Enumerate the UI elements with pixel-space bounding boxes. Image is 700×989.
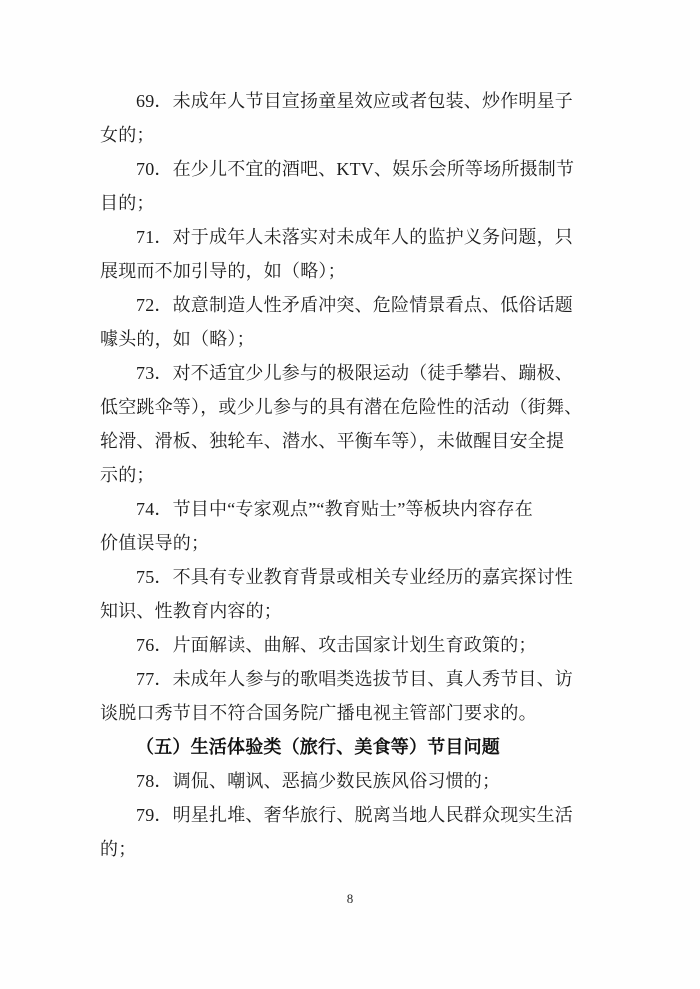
document-body: 69．未成年人节目宣扬童星效应或者包装、炒作明星子 女的； 70．在少儿不宜的酒…: [100, 0, 600, 908]
document-page: 69．未成年人节目宣扬童星效应或者包装、炒作明星子 女的； 70．在少儿不宜的酒…: [0, 0, 700, 989]
item-75: 75．不具有专业教育背景或相关专业经历的嘉宾探讨性 知识、性教育内容的；: [100, 560, 600, 628]
page-number: 8: [100, 890, 600, 908]
item-73: 73．对不适宜少儿参与的极限运动（徒手攀岩、蹦极、 低空跳伞等），或少儿参与的具…: [100, 356, 600, 492]
item-74: 74．节目中“专家观点”“教育贴士”等板块内容存在 价值误导的；: [100, 492, 600, 560]
item-79: 79．明星扎堆、奢华旅行、脱离当地人民群众现实生活 的；: [100, 798, 600, 866]
item-71: 71．对于成年人未落实对未成年人的监护义务问题，只 展现而不加引导的，如（略）；: [100, 220, 600, 288]
section-heading-5: （五）生活体验类（旅行、美食等）节目问题: [100, 730, 600, 764]
item-72: 72．故意制造人性矛盾冲突、危险情景看点、低俗话题 噱头的，如（略）；: [100, 288, 600, 356]
item-70: 70．在少儿不宜的酒吧、KTV、娱乐会所等场所摄制节 目的；: [100, 152, 600, 220]
item-77: 77．未成年人参与的歌唱类选拔节目、真人秀节目、访 谈脱口秀节目不符合国务院广播…: [100, 662, 600, 730]
item-76: 76．片面解读、曲解、攻击国家计划生育政策的；: [100, 628, 600, 662]
item-78: 78．调侃、嘲讽、恶搞少数民族风俗习惯的；: [100, 764, 600, 798]
item-69: 69．未成年人节目宣扬童星效应或者包装、炒作明星子 女的；: [100, 84, 600, 152]
